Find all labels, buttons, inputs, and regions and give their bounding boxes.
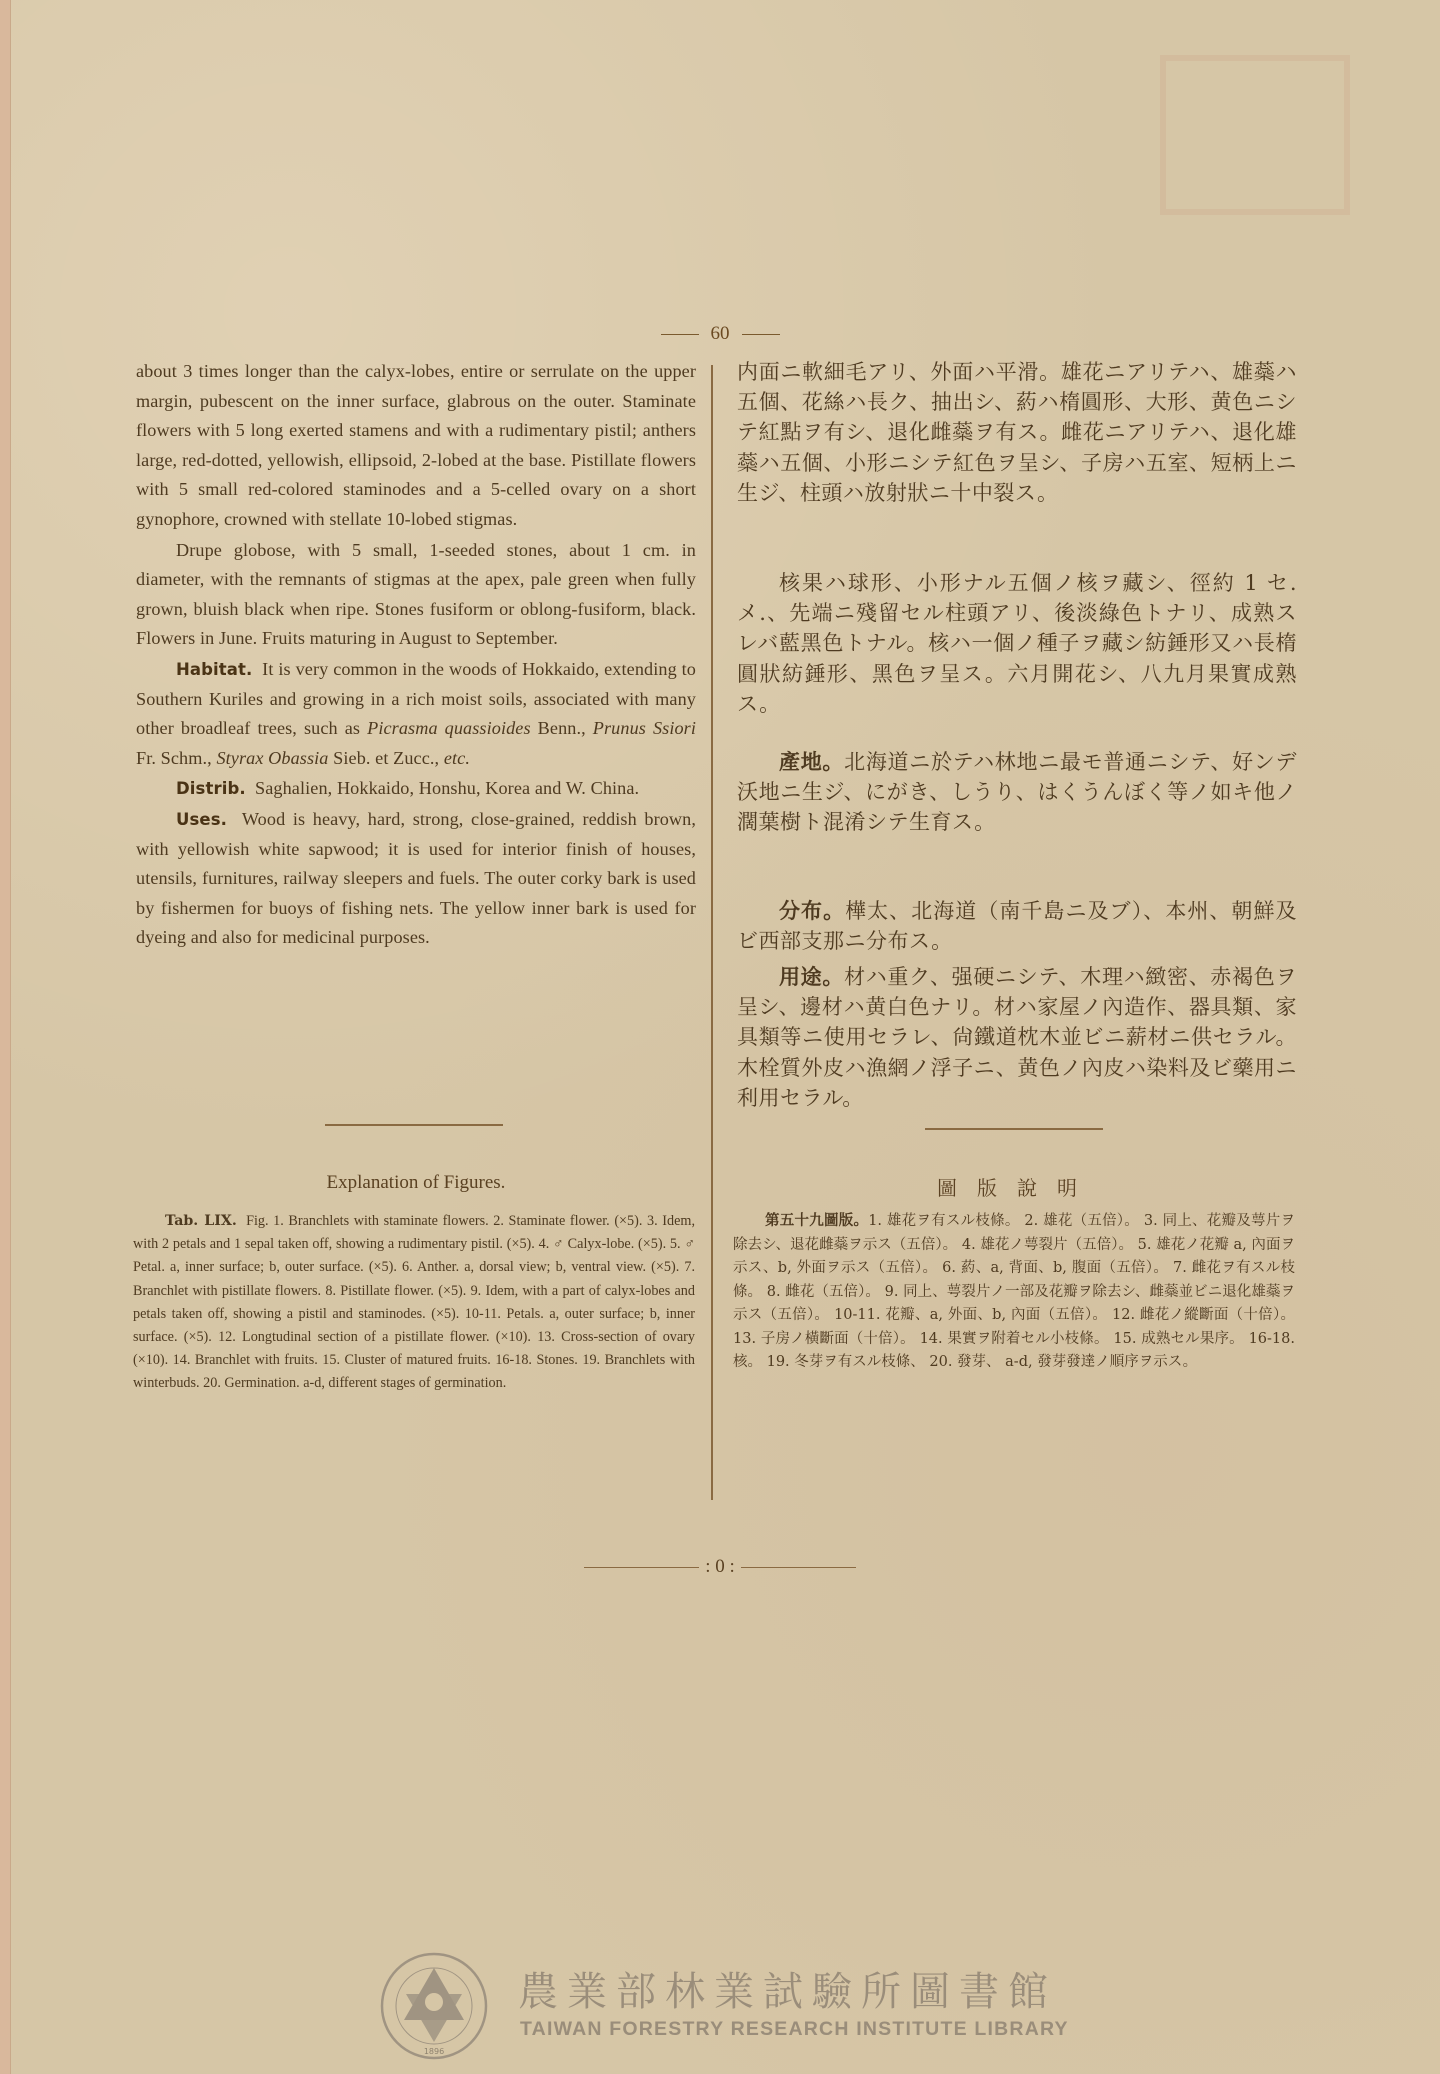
jp-uses: 用途。材ハ重ク、强硬ニシテ、木理ハ緻密、赤褐色ヲ呈シ、邊材ハ黄白色ナリ。材ハ家屋… <box>737 962 1297 1113</box>
section-rule-left <box>325 1124 503 1126</box>
institute-emblem-icon: 1896 <box>378 1950 490 2062</box>
tab-label-en: Tab. LIX. <box>165 1213 237 1229</box>
section-rule-right <box>925 1128 1103 1130</box>
end-mark-text: : 0 : <box>705 1556 735 1577</box>
etc-text: etc. <box>444 748 470 768</box>
faded-library-stamp <box>1160 55 1350 215</box>
species-author: Benn., <box>538 718 586 738</box>
en-habitat-label: Habitat. <box>176 660 252 679</box>
page-number-dash-left <box>661 334 699 336</box>
species-name: Prunus Ssiori <box>593 718 696 738</box>
species-name: Picrasma quassioides <box>367 718 531 738</box>
en-uses-label: Uses. <box>176 810 227 829</box>
en-description-1: about 3 times longer than the calyx-lobe… <box>136 357 696 535</box>
en-distrib: Distrib. Saghalien, Hokkaido, Honshu, Ko… <box>136 774 696 804</box>
library-name-cn: 農業部林業試驗所圖書館 <box>518 1960 1057 2017</box>
page-number-dash-right <box>742 334 780 336</box>
page-number-text: 60 <box>711 323 730 344</box>
jp-description-2: 核果ハ球形、小形ナル五個ノ核ヲ藏シ、徑約 1 セ.メ.、先端ニ殘留セル柱頭アリ、… <box>737 568 1297 719</box>
en-distrib-label: Distrib. <box>176 779 246 798</box>
jp-distrib-label: 分布。 <box>779 899 845 923</box>
end-mark-line-right <box>741 1567 856 1568</box>
japanese-column: 内面ニ軟細毛アリ、外面ハ平滑。雄花ニアリテハ、雄蘂ハ五個、花絲ハ長ク、抽出シ、葯… <box>737 357 1297 1113</box>
figures-text-jp: 1. 雄花ヲ有スル枝條。 2. 雄花（五倍）。 3. 同上、花瓣及萼片ヲ除去シ、… <box>733 1213 1295 1370</box>
jp-habitat: 產地。北海道ニ於テハ林地ニ最モ普通ニシテ、好ンデ沃地ニ生ジ、にがき、しうり、はく… <box>737 747 1297 838</box>
jp-description-1: 内面ニ軟細毛アリ、外面ハ平滑。雄花ニアリテハ、雄蘂ハ五個、花絲ハ長ク、抽出シ、葯… <box>737 357 1297 508</box>
library-watermark: 1896 農業部林業試驗所圖書館 TAIWAN FORESTRY RESEARC… <box>378 1950 1078 2070</box>
species-name: Styrax Obassia <box>216 748 328 768</box>
column-divider <box>711 365 713 1500</box>
figures-title-en: Explanation of Figures. <box>136 1172 696 1194</box>
figures-explanation-en: Tab. LIX. Fig. 1. Branchlets with stamin… <box>133 1210 695 1396</box>
end-of-section-mark: : 0 : <box>0 1556 1440 1578</box>
jp-habitat-label: 產地。 <box>779 750 844 774</box>
end-mark-line-left <box>584 1567 699 1568</box>
species-author: Sieb. et Zucc., <box>333 748 439 768</box>
jp-distrib: 分布。樺太、北海道（南千島ニ及ブ）、本州、朝鮮及ビ西部支那ニ分布ス。 <box>737 896 1297 956</box>
en-uses: Uses. Wood is heavy, hard, strong, close… <box>136 805 696 953</box>
library-name-en: TAIWAN FORESTRY RESEARCH INSTITUTE LIBRA… <box>520 2018 1069 2041</box>
page-number: 60 <box>0 323 1440 345</box>
en-description-2: Drupe globose, with 5 small, 1-seeded st… <box>136 536 696 654</box>
en-uses-text: Wood is heavy, hard, strong, close-grain… <box>136 809 696 947</box>
figures-explanation-jp: 第五十九圖版。1. 雄花ヲ有スル枝條。 2. 雄花（五倍）。 3. 同上、花瓣及… <box>733 1210 1295 1375</box>
en-distrib-text: Saghalien, Hokkaido, Honshu, Korea and W… <box>255 778 639 798</box>
figures-text-en: Fig. 1. Branchlets with staminate flower… <box>133 1213 695 1391</box>
figures-title-jp: 圖版說明 <box>737 1172 1297 1201</box>
english-column: about 3 times longer than the calyx-lobe… <box>136 357 696 954</box>
en-habitat: Habitat. It is very common in the woods … <box>136 655 696 773</box>
svg-text:1896: 1896 <box>424 2047 444 2056</box>
species-author: Fr. Schm., <box>136 748 212 768</box>
jp-uses-label: 用途。 <box>779 965 844 989</box>
page-binding-edge <box>0 0 11 2074</box>
tab-label-jp: 第五十九圖版。 <box>765 1213 868 1229</box>
